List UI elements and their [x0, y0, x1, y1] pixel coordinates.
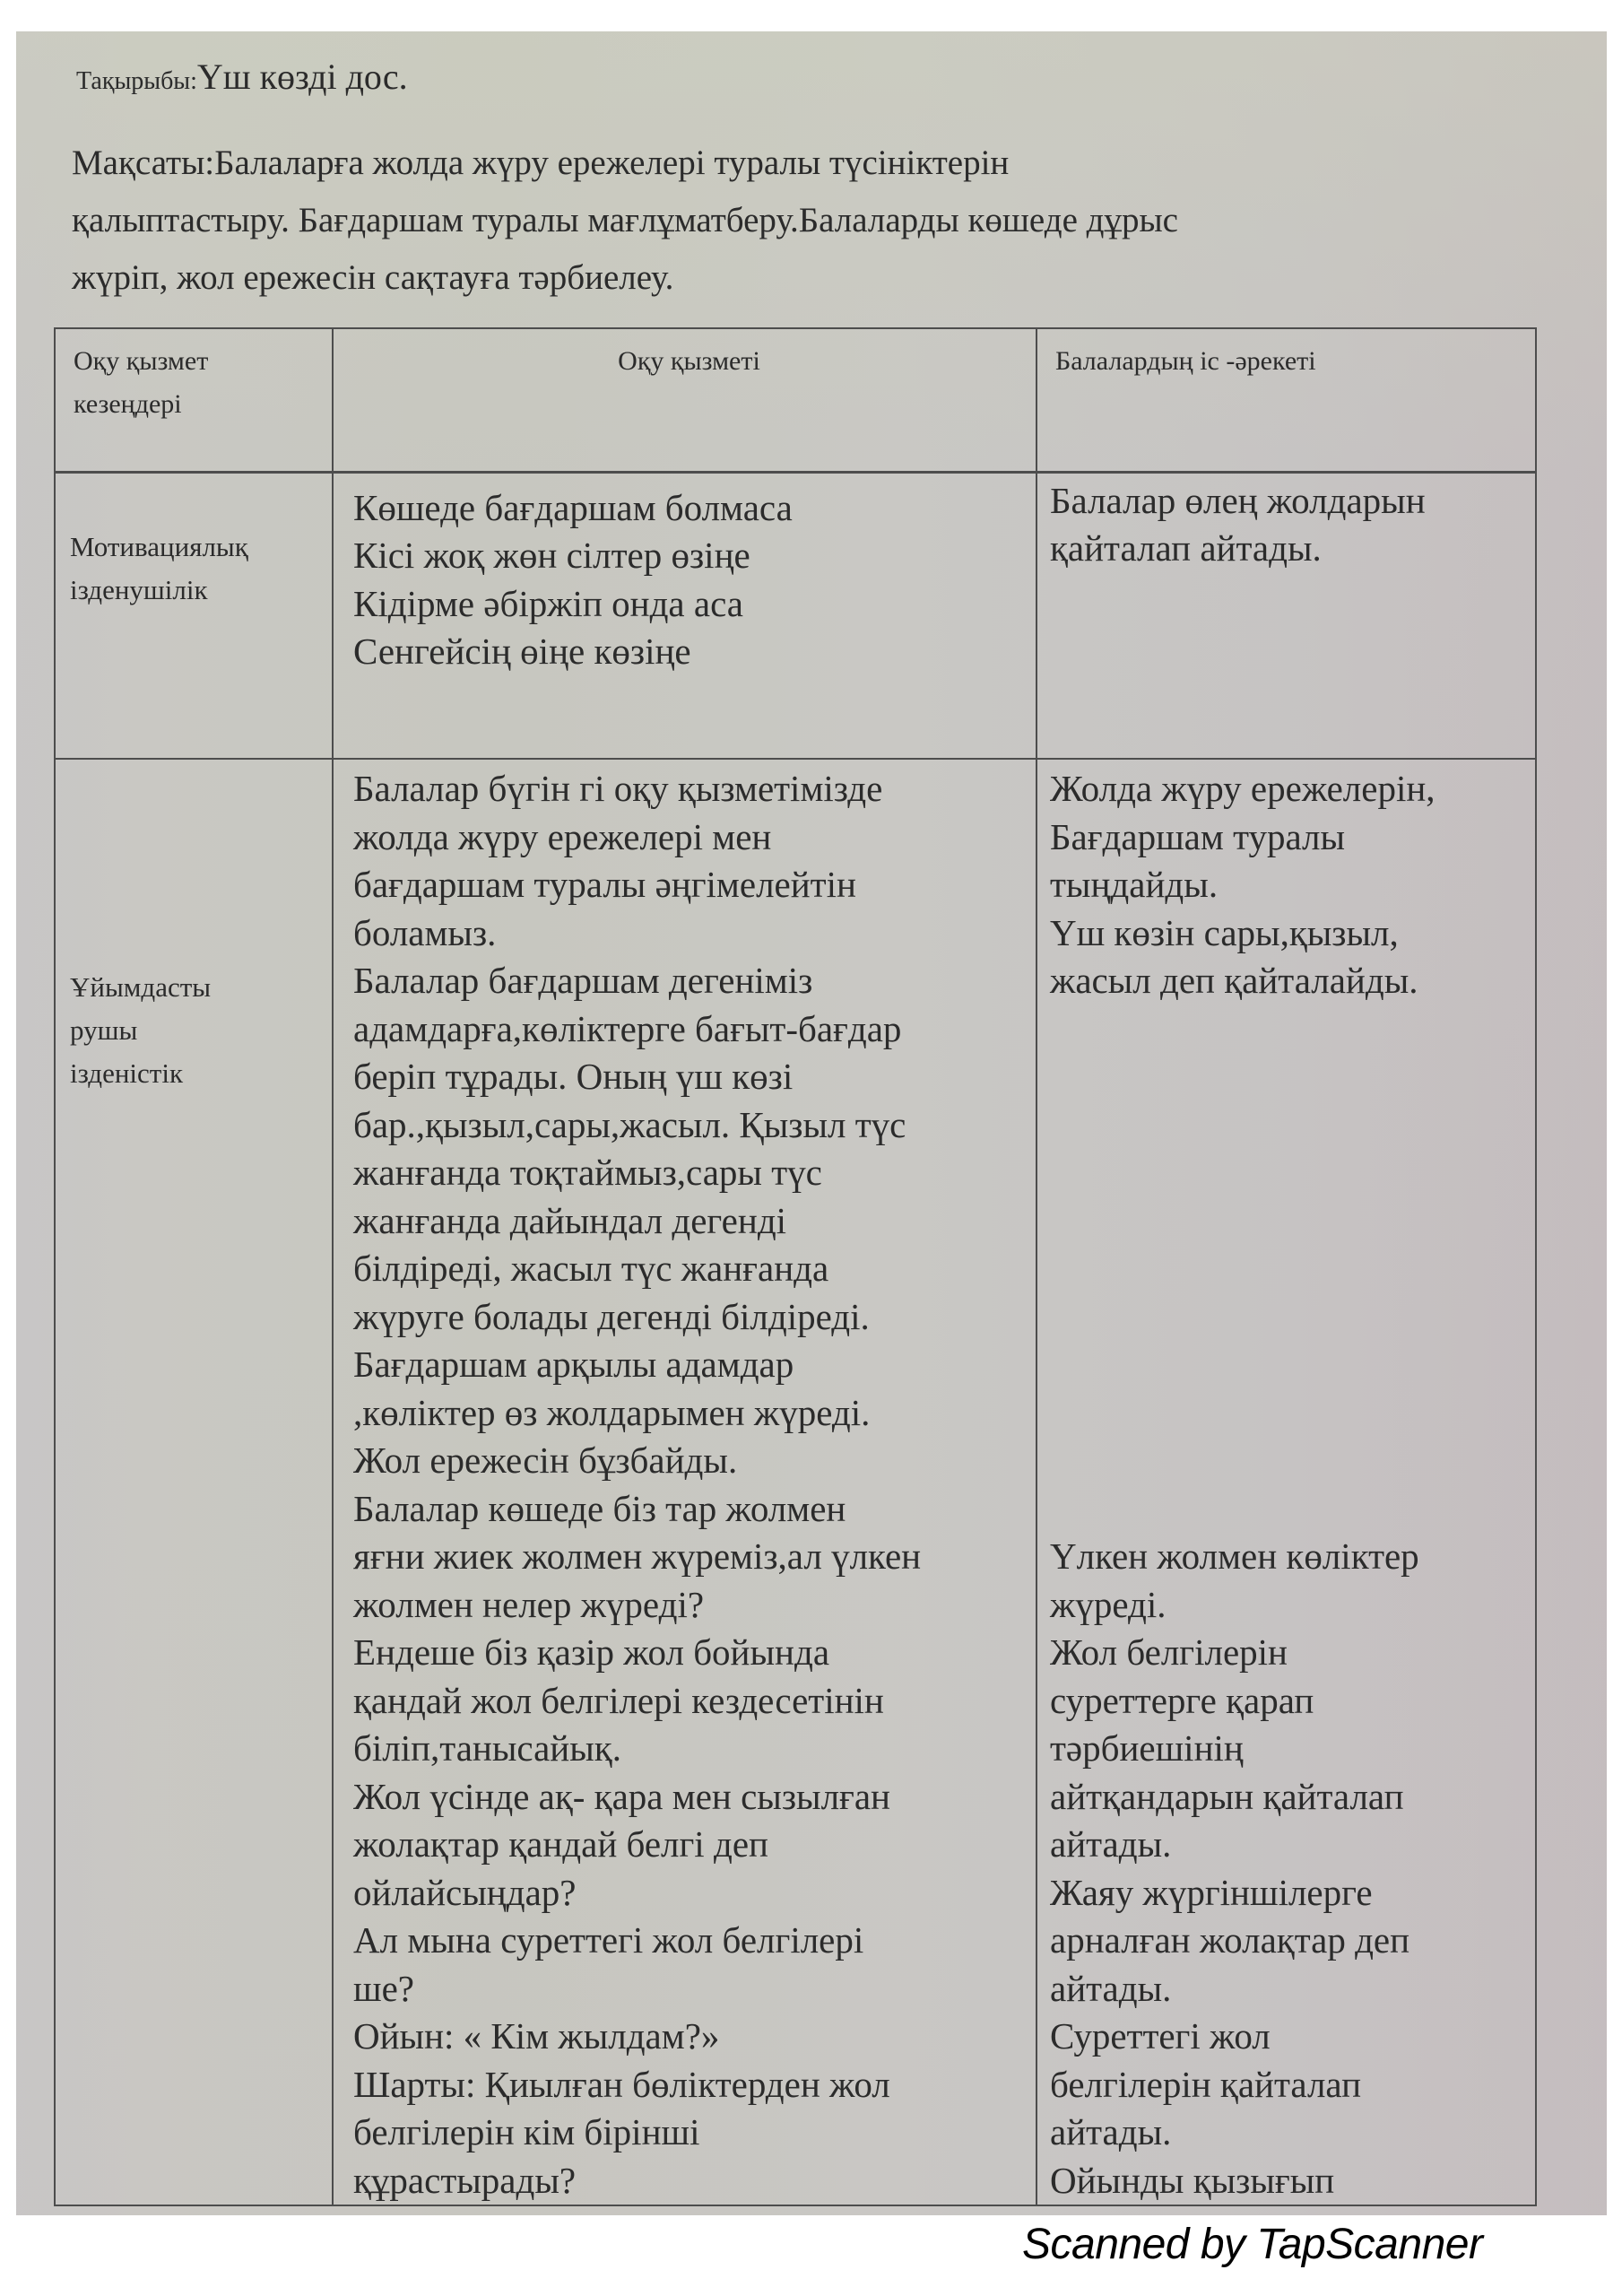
activity-text-line: Көшеде бағдаршам болмаса — [353, 484, 1036, 533]
stage-name-line: Ұйымдасты — [70, 966, 332, 1009]
children-action-line — [1050, 1149, 1535, 1197]
activity-text-line: Жол үсінде ақ- қара мен сызылған — [353, 1773, 1036, 1822]
activity-text-line: Ойын: « Кім жылдам?» — [353, 2013, 1036, 2061]
children-action-line: Балалар өлең жолдарын — [1050, 477, 1535, 526]
activity-text-line: жолмен нелер жүреді? — [353, 1581, 1036, 1630]
header-children-actions: Балалардың іс -әрекеті — [1037, 328, 1536, 472]
children-action-line: Суреттегі жол — [1050, 2013, 1535, 2061]
table-header-row: Оқу қызмет кезеңдері Оқу қызметі Балалар… — [55, 328, 1536, 472]
children-action-line: Жаяу жүргіншілерге — [1050, 1869, 1535, 1918]
children-action-line — [1050, 1389, 1535, 1438]
activity-text-line: ойлайсыңдар? — [353, 1869, 1036, 1918]
children-action-line: жасыл деп қайталайды. — [1050, 957, 1535, 1005]
children-action-line: тыңдайды. — [1050, 861, 1535, 909]
header-activity: Оқу қызметі — [333, 328, 1037, 472]
children-cell: Жолда жүру ережелерін,Бағдаршам туралыты… — [1037, 759, 1536, 2205]
activity-text-line: қандай жол белгілері кездесетінін — [353, 1677, 1036, 1726]
activity-text-line: Кісі жоқ жөн сілтер өзіңе — [353, 532, 1036, 580]
children-action-line: айтады. — [1050, 1821, 1535, 1869]
activity-text-line: біліп,танысайық. — [353, 1725, 1036, 1773]
children-action-line: айтады. — [1050, 2109, 1535, 2157]
lesson-plan-table: Оқу қызмет кезеңдері Оқу қызметі Балалар… — [54, 327, 1537, 2206]
activity-text-line: яғни жиек жолмен жүреміз,ал үлкен — [353, 1533, 1036, 1581]
activity-text-line: Жол ережесін бұзбайды. — [353, 1437, 1036, 1485]
activity-text-line: бағдаршам туралы әңгімелейтін — [353, 861, 1036, 909]
children-action-line — [1050, 1341, 1535, 1389]
children-action-line — [1050, 1293, 1535, 1342]
objective-line: Мақсаты:Балаларға жолда жүру ережелері т… — [72, 135, 1506, 192]
activity-text-line: Шарты: Қиылған бөліктерден жол — [353, 2061, 1036, 2109]
activity-text-line: Ендеше біз қазір жол бойында — [353, 1629, 1036, 1677]
stage-cell: Мотивациялықізденушілік — [55, 472, 333, 759]
activity-text-line: білдіреді, жасыл түс жанғанда — [353, 1245, 1036, 1293]
children-action-line: Ойынды қызығып — [1050, 2157, 1535, 2205]
children-action-line: жүреді. — [1050, 1581, 1535, 1630]
children-action-line: Үш көзін сары,қызыл, — [1050, 909, 1535, 958]
children-action-line: Жол белгілерін — [1050, 1629, 1535, 1677]
activity-text-line: жолақтар қандай белгі деп — [353, 1821, 1036, 1869]
activity-text-line: адамдарға,көліктерге бағыт-бағдар — [353, 1005, 1036, 1054]
children-action-line: Жолда жүру ережелерін, — [1050, 765, 1535, 813]
activity-text-line: Бағдаршам арқылы адамдар — [353, 1341, 1036, 1389]
activity-text-line: Сенгейсің өіңе көзіңе — [353, 628, 1036, 676]
children-action-line — [1050, 1437, 1535, 1485]
children-action-line — [1050, 1197, 1535, 1246]
activity-text-line: ше? — [353, 1965, 1036, 2013]
children-action-line: қайталап айтады. — [1050, 525, 1535, 573]
children-action-line — [1050, 1053, 1535, 1101]
activity-text-line: құрастырады? — [353, 2157, 1036, 2205]
activity-text-line: Ал мына суреттегі жол белгілері — [353, 1917, 1036, 1965]
children-action-line — [1050, 1485, 1535, 1534]
activity-text-line: ,көліктер өз жолдарымен жүреді. — [353, 1389, 1036, 1438]
children-action-line: айтқандарын қайталап — [1050, 1773, 1535, 1822]
children-action-line: арналған жолақтар деп — [1050, 1917, 1535, 1965]
children-cell: Балалар өлең жолдарынқайталап айтады. — [1037, 472, 1536, 759]
activity-text-line: боламыз. — [353, 909, 1036, 958]
stage-name-line: ізденістік — [70, 1052, 332, 1095]
children-action-line: айтады. — [1050, 1965, 1535, 2013]
activity-text-line: бар.,қызыл,сары,жасыл. Қызыл түс — [353, 1101, 1036, 1150]
children-action-line: Бағдаршам туралы — [1050, 813, 1535, 862]
lesson-objective: Мақсаты:Балаларға жолда жүру ережелері т… — [72, 135, 1506, 307]
activity-text-line: беріп тұрады. Оның үш көзі — [353, 1053, 1036, 1101]
children-action-line: белгілерін қайталап — [1050, 2061, 1535, 2109]
activity-text-line: белгілерін кім бірінші — [353, 2109, 1036, 2157]
activity-text-line: жолда жүру ережелері мен — [353, 813, 1036, 862]
objective-line: қалыптастыру. Бағдаршам туралы мағлұматб… — [72, 192, 1506, 249]
stage-cell: Ұйымдастырушыізденістік — [55, 759, 333, 2205]
activity-text-line: Балалар бүгін гі оқу қызметімізде — [353, 765, 1036, 813]
activity-text-line: жүруге болады дегенді білдіреді. — [353, 1293, 1036, 1342]
objective-line: жүріп, жол ережесін сақтауға тәрбиелеу. — [72, 249, 1506, 307]
children-action-line — [1050, 1101, 1535, 1150]
table-row: Ұйымдастырушыізденістік Балалар бүгін гі… — [55, 759, 1536, 2205]
activity-text-line: жанғанда тоқтаймыз,сары түс — [353, 1149, 1036, 1197]
children-action-line — [1050, 1245, 1535, 1293]
children-action-line — [1050, 1005, 1535, 1054]
stage-name-line: Мотивациялық — [70, 526, 332, 569]
activity-cell: Көшеде бағдаршам болмасаКісі жоқ жөн сіл… — [333, 472, 1037, 759]
children-action-line: тәрбиешінің — [1050, 1725, 1535, 1773]
header-stages: Оқу қызмет кезеңдері — [55, 328, 333, 472]
activity-text-line: жанғанда дайындал дегенді — [353, 1197, 1036, 1246]
table-row: Мотивациялықізденушілік Көшеде бағдаршам… — [55, 472, 1536, 759]
children-action-line: Үлкен жолмен көліктер — [1050, 1533, 1535, 1581]
activity-cell: Балалар бүгін гі оқу қызметіміздежолда ж… — [333, 759, 1037, 2205]
scanner-watermark: Scanned by TapScanner — [1022, 2220, 1482, 2269]
activity-text-line: Кідірме әбіржіп онда аса — [353, 580, 1036, 629]
topic-label: Тақырыбы: — [76, 67, 197, 95]
children-action-line: суреттерге қарап — [1050, 1677, 1535, 1726]
activity-text-line: Балалар көшеде біз тар жолмен — [353, 1485, 1036, 1534]
activity-text-line: Балалар бағдаршам дегеніміз — [353, 957, 1036, 1005]
stage-name-line: ізденушілік — [70, 569, 332, 612]
stage-name-line: рушы — [70, 1009, 332, 1052]
topic-value: Үш көзді дос. — [197, 57, 408, 97]
lesson-topic: Тақырыбы:Үш көзді дос. — [76, 56, 408, 98]
